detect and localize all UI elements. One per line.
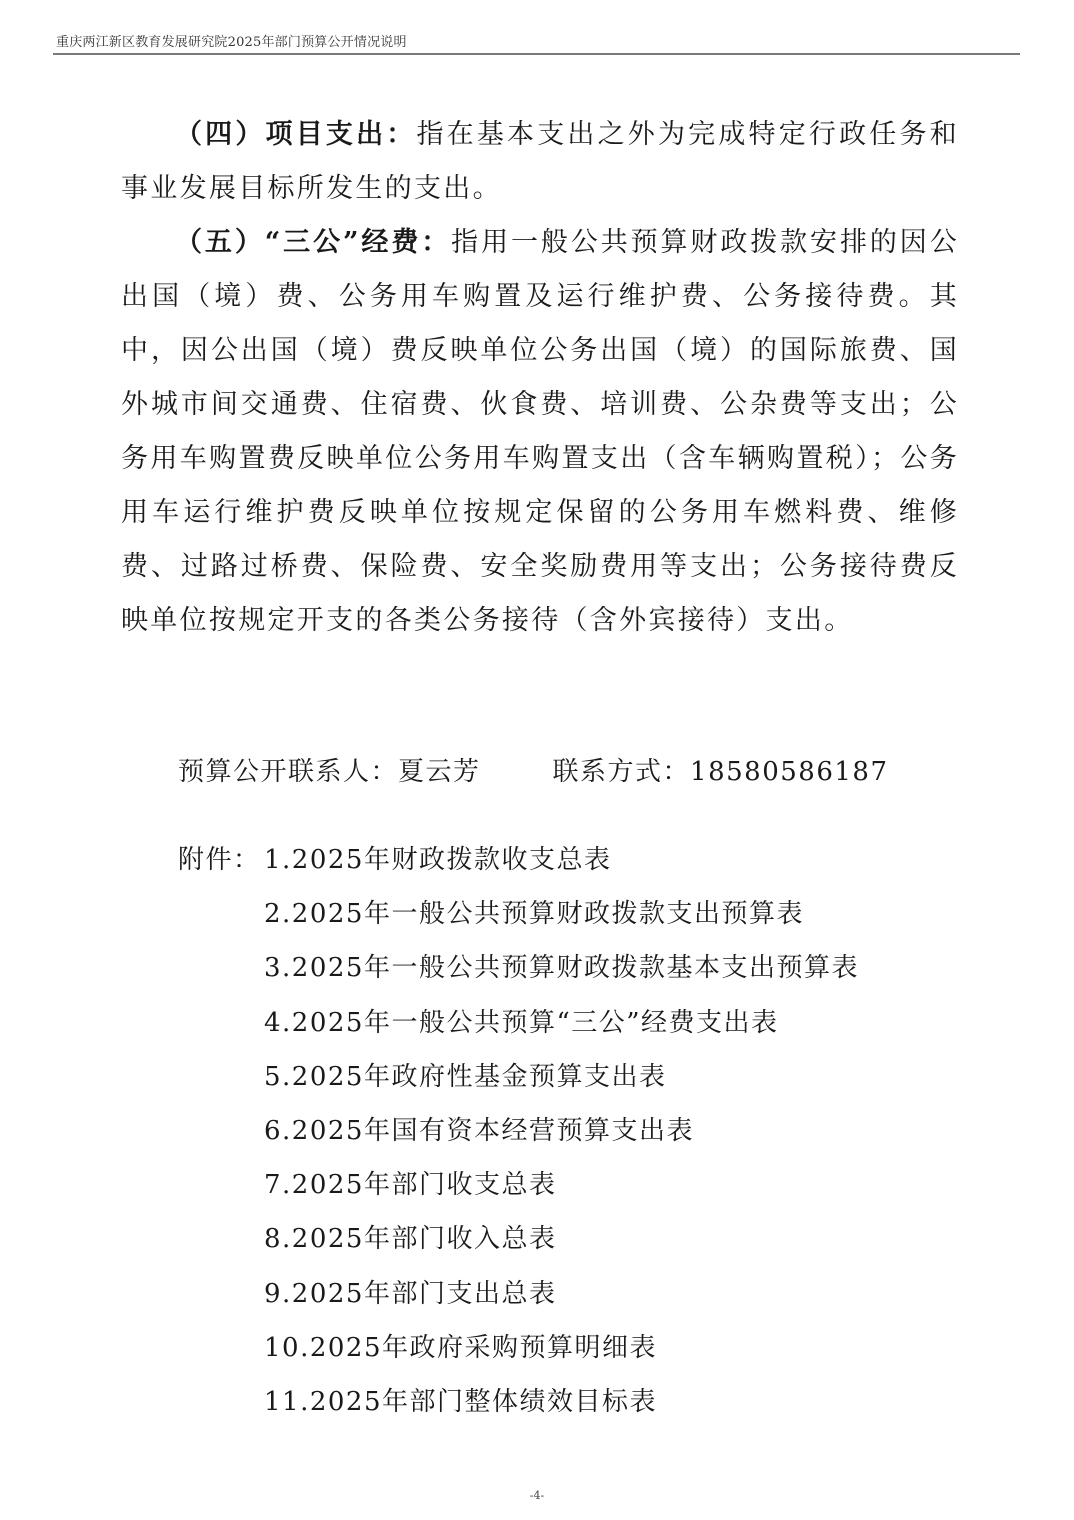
attachment-item: 1.2025年财政拨款收支总表 <box>264 840 859 894</box>
paragraph-text: 指用一般公共预算财政拨款安排的因公出国（境）费、公务用车购置及运行维护费、公务接… <box>121 227 959 636</box>
paragraph-three-public-expenses: （五）“三公”经费：指用一般公共预算财政拨款安排的因公出国（境）费、公务用车购置… <box>121 216 959 648</box>
paragraph-project-expenditure: （四）项目支出：指在基本支出之外为完成特定行政任务和事业发展目标所发生的支出。 <box>121 108 959 216</box>
attachment-item: 5.2025年政府性基金预算支出表 <box>264 1057 859 1111</box>
contact-person-name: 夏云芳 <box>398 757 481 787</box>
document-body: （四）项目支出：指在基本支出之外为完成特定行政任务和事业发展目标所发生的支出。 … <box>121 108 959 648</box>
contact-person-label: 预算公开联系人： <box>178 757 398 787</box>
attachment-item: 10.2025年政府采购预算明细表 <box>264 1328 859 1382</box>
attachment-item: 6.2025年国有资本经营预算支出表 <box>264 1111 859 1165</box>
contact-line: 预算公开联系人：夏云芳联系方式：18580586187 <box>178 752 889 792</box>
attachments-list: 1.2025年财政拨款收支总表 2.2025年一般公共预算财政拨款支出预算表 3… <box>264 840 859 1436</box>
attachment-item: 7.2025年部门收支总表 <box>264 1165 859 1219</box>
attachment-item: 2.2025年一般公共预算财政拨款支出预算表 <box>264 894 859 948</box>
attachments-label: 附件： <box>178 840 261 880</box>
attachment-item: 9.2025年部门支出总表 <box>264 1274 859 1328</box>
contact-phone: 18580586187 <box>690 757 888 787</box>
attachment-item: 8.2025年部门收入总表 <box>264 1219 859 1273</box>
paragraph-heading: （四）项目支出： <box>175 119 417 150</box>
page-number: -4- <box>0 1489 1074 1502</box>
header-divider <box>53 53 1020 55</box>
attachment-item: 4.2025年一般公共预算“三公”经费支出表 <box>264 1003 859 1057</box>
attachment-item: 3.2025年一般公共预算财政拨款基本支出预算表 <box>264 948 859 1002</box>
attachment-item: 11.2025年部门整体绩效目标表 <box>264 1382 859 1436</box>
running-header-title: 重庆两江新区教育发展研究院2025年部门预算公开情况说明 <box>56 31 407 50</box>
contact-phone-label: 联系方式： <box>553 757 691 787</box>
paragraph-heading: （五）“三公”经费： <box>175 227 451 258</box>
